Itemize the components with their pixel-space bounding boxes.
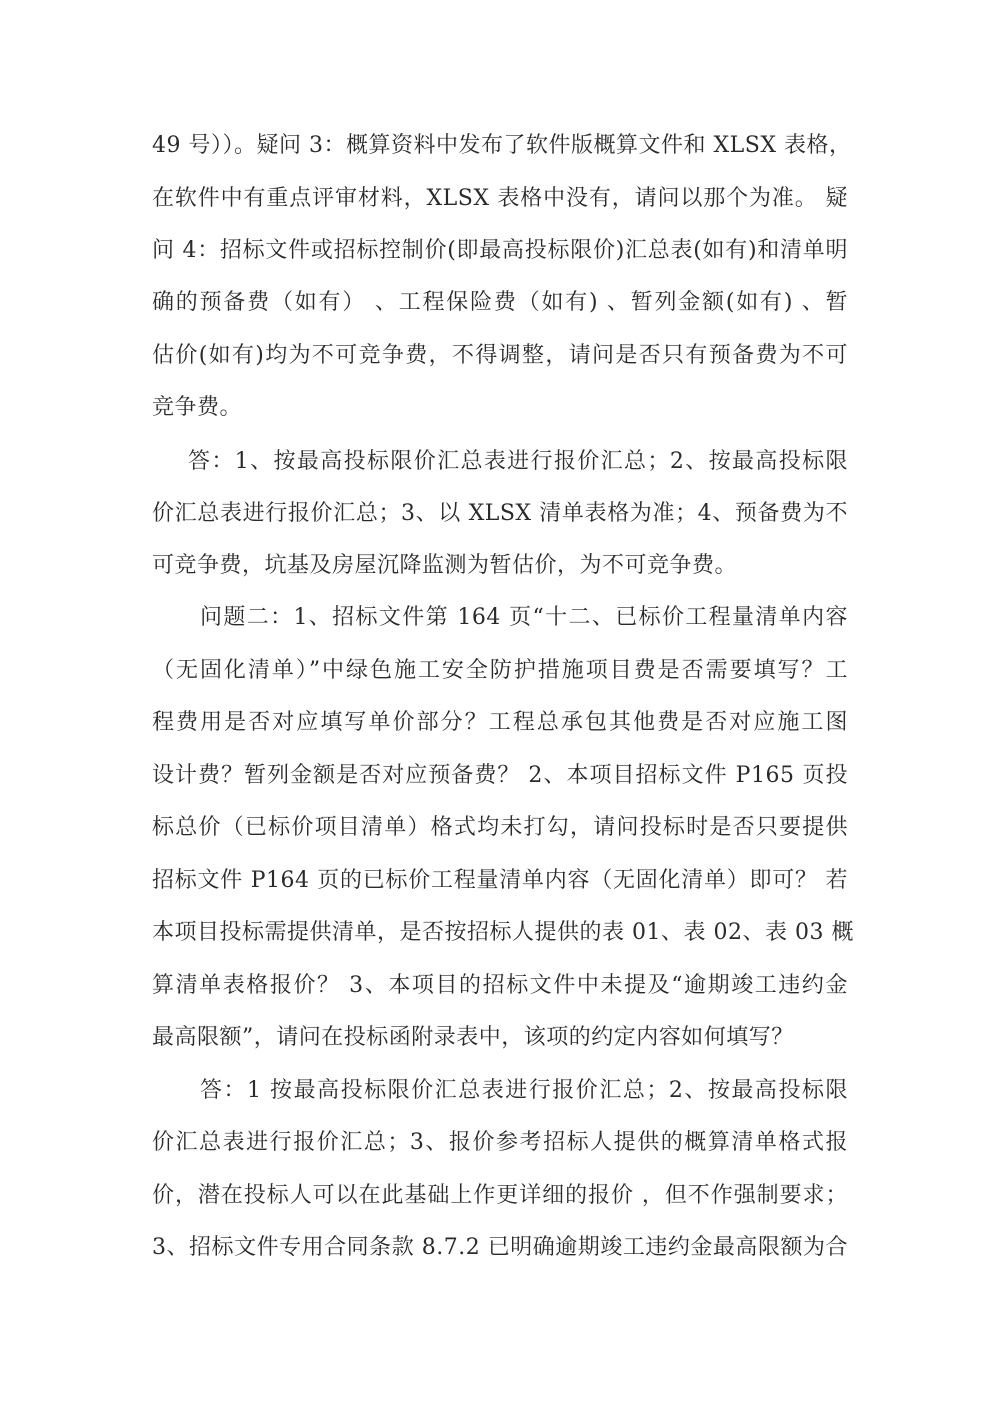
text-line: 问题二：1、招标文件第 164 页“十二、已标价工程量清单内容 bbox=[200, 598, 848, 638]
text-line: 问 4：招标文件或招标控制价(即最高投标限价)汇总表(如有)和清单明 bbox=[152, 231, 848, 271]
text-line: 答：1、按最高投标限价汇总表进行报价汇总；2、按最高投标限 bbox=[188, 442, 848, 482]
text-line: 答：1 按最高投标限价汇总表进行报价汇总；2、按最高投标限 bbox=[200, 1071, 848, 1111]
text-line: 可竞争费，坑基及房屋沉降监测为暂估价，为不可竞争费。 bbox=[152, 546, 848, 586]
text-line: 确的预备费（如有） 、工程保险费（如有) 、暂列金额(如有) 、暂 bbox=[152, 283, 848, 323]
text-line: 3、招标文件专用合同条款 8.7.2 已明确逾期竣工违约金最高限额为合 bbox=[152, 1228, 848, 1268]
text-line: 49 号））。疑问 3：概算资料中发布了软件版概算文件和 XLSX 表格， bbox=[152, 126, 848, 166]
text-line: 估价(如有)均为不可竞争费，不得调整，请问是否只有预备费为不可 bbox=[152, 336, 848, 376]
document-page: 49 号））。疑问 3：概算资料中发布了软件版概算文件和 XLSX 表格， 在软… bbox=[0, 0, 1000, 1414]
text-line: 价汇总表进行报价汇总；3、报价参考招标人提供的概算清单格式报 bbox=[152, 1123, 848, 1163]
text-line: 在软件中有重点评审材料，XLSX 表格中没有，请问以那个为准。 疑 bbox=[152, 179, 848, 219]
text-line: 竞争费。 bbox=[152, 388, 848, 428]
text-line: 算清单表格报价？ 3、本项目的招标文件中未提及“逾期竣工违约金 bbox=[152, 966, 848, 1006]
text-line: 最高限额”，请问在投标函附录表中，该项的约定内容如何填写？ bbox=[152, 1018, 848, 1058]
text-line: 价汇总表进行报价汇总；3、以 XLSX 清单表格为准；4、预备费为不 bbox=[152, 494, 848, 534]
text-line: 本项目投标需提供清单，是否按招标人提供的表 01、表 02、表 03 概 bbox=[152, 913, 848, 953]
text-line: 设计费？暂列金额是否对应预备费？ 2、本项目招标文件 P165 页投 bbox=[152, 756, 848, 796]
text-line: 标总价（已标价项目清单）格式均未打勾，请问投标时是否只要提供 bbox=[152, 808, 848, 848]
text-line: 招标文件 P164 页的已标价工程量清单内容（无固化清单）即可？ 若 bbox=[152, 861, 848, 901]
text-line: （无固化清单）”中绿色施工安全防护措施项目费是否需要填写？工 bbox=[152, 651, 848, 691]
text-line: 程费用是否对应填写单价部分？工程总承包其他费是否对应施工图 bbox=[152, 703, 848, 743]
text-line: 价，潜在投标人可以在此基础上作更详细的报价 ，但不作强制要求； bbox=[152, 1176, 848, 1216]
